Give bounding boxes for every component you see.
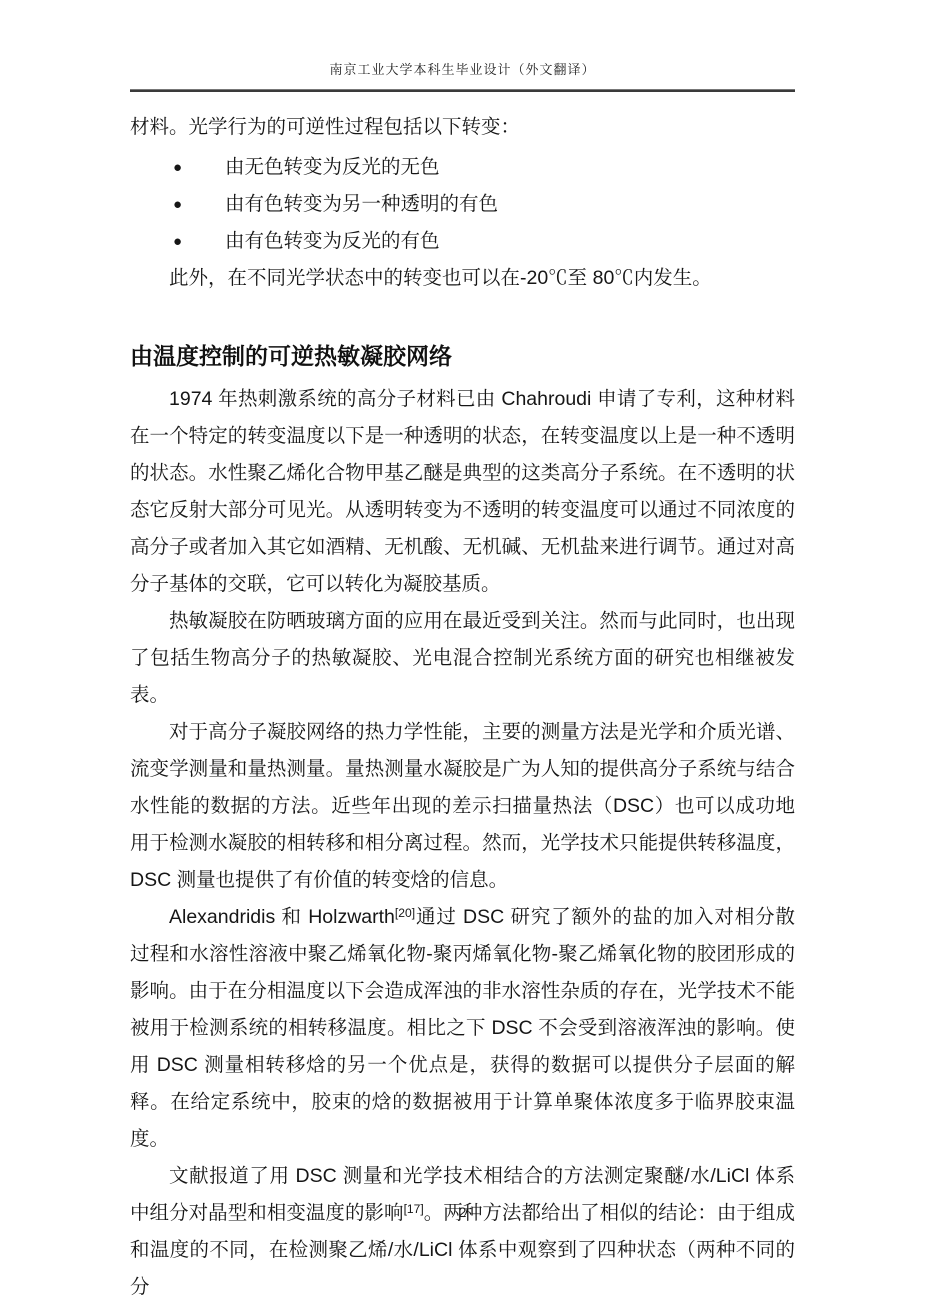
section-heading: 由温度控制的可逆热敏凝胶网络 bbox=[130, 336, 795, 376]
paragraph: Alexandridis 和 Holzwarth[20]通过 DSC 研究了额外… bbox=[130, 899, 795, 1158]
document-page: 南京工业大学本科生毕业设计（外文翻译） 材料。光学行为的可逆性过程包括以下转变：… bbox=[0, 0, 925, 1309]
list-item-text: 由有色转变为反光的有色 bbox=[225, 230, 440, 252]
bullet-icon: ● bbox=[173, 186, 182, 223]
bullet-icon: ● bbox=[173, 149, 182, 186]
citation-superscript: [20] bbox=[395, 906, 415, 920]
paragraph: 对于高分子凝胶网络的热力学性能，主要的测量方法是光学和介质光谱、流变学测量和量热… bbox=[130, 714, 795, 899]
bullet-list: ● 由无色转变为反光的无色 ● 由有色转变为另一种透明的有色 ● 由有色转变为反… bbox=[130, 149, 795, 260]
bullet-icon: ● bbox=[173, 223, 182, 260]
note-paragraph: 此外，在不同光学状态中的转变也可以在-20℃至 80℃内发生。 bbox=[130, 260, 795, 297]
list-item: ● 由无色转变为反光的无色 bbox=[130, 149, 795, 186]
header-rule bbox=[130, 89, 795, 92]
lead-paragraph: 材料。光学行为的可逆性过程包括以下转变： bbox=[130, 109, 795, 146]
list-item: ● 由有色转变为另一种透明的有色 bbox=[130, 186, 795, 223]
page-content: 材料。光学行为的可逆性过程包括以下转变： ● 由无色转变为反光的无色 ● 由有色… bbox=[130, 109, 795, 1306]
list-item-text: 由无色转变为反光的无色 bbox=[225, 156, 440, 178]
header-title: 南京工业大学本科生毕业设计（外文翻译） bbox=[130, 61, 795, 79]
page-footer: 2 bbox=[0, 1200, 925, 1224]
paragraph: 热敏凝胶在防晒玻璃方面的应用在最近受到关注。然而与此同时，也出现了包括生物高分子… bbox=[130, 603, 795, 714]
paragraph: 文献报道了用 DSC 测量和光学技术相结合的方法测定聚醚/水/LiCl 体系中组… bbox=[130, 1158, 795, 1306]
list-item-text: 由有色转变为另一种透明的有色 bbox=[225, 193, 498, 215]
list-item: ● 由有色转变为反光的有色 bbox=[130, 223, 795, 260]
paragraph: 1974 年热刺激系统的高分子材料已由 Chahroudi 申请了专利，这种材料… bbox=[130, 381, 795, 603]
page-header: 南京工业大学本科生毕业设计（外文翻译） bbox=[130, 61, 795, 92]
page-number: 2 bbox=[459, 1204, 467, 1220]
